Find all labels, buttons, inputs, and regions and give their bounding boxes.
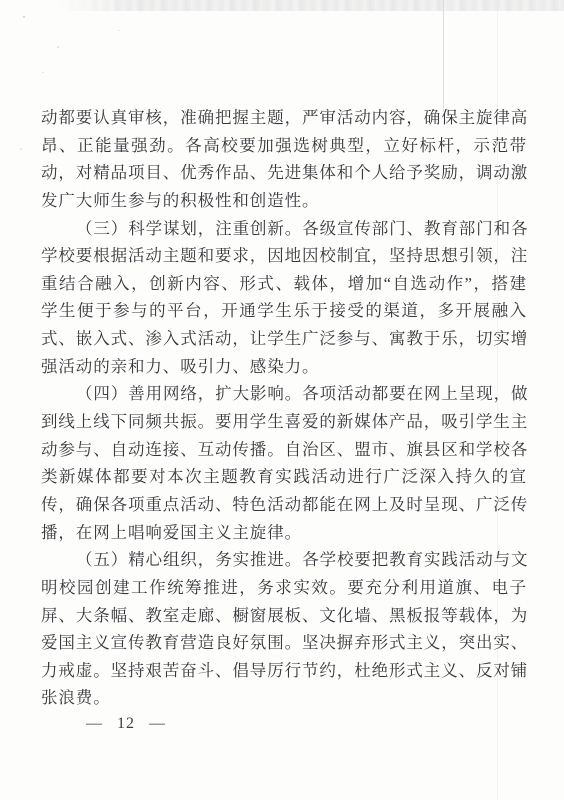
scan-speck bbox=[57, 46, 59, 48]
document-line: 类新媒体都要对本次主题教育实践活动进行广泛深入持久的宣 bbox=[41, 463, 527, 491]
document-line: 传，确保各项重点活动、特色活动都能在网上及时呈现、广泛传 bbox=[41, 491, 527, 519]
scan-speck bbox=[23, 16, 25, 18]
scan-edge-artifact bbox=[60, 0, 564, 11]
document-line: 播，在网上唱响爱国主义主旋律。 bbox=[41, 519, 527, 547]
document-line: 屏、大条幅、教室走廊、橱窗展板、文化墙、黑板报等载体，为 bbox=[41, 602, 527, 630]
scan-speck bbox=[42, 72, 44, 73]
document-line: 重结合融入，创新内容、形式、载体，增加“自选动作”，搭建 bbox=[41, 270, 527, 298]
document-body: 动都要认真审核，准确把握主题，严审活动内容，确保主旋律高 昂、正能量强劲。各高校… bbox=[41, 104, 527, 712]
scan-crease-line bbox=[443, 0, 444, 112]
document-line: 学校要根据活动主题和要求，因地因校制宜，坚持思想引领，注 bbox=[41, 242, 527, 270]
document-line-section-3: （三）科学谋划，注重创新。各级宣传部门、教育部门和各 bbox=[41, 215, 527, 243]
document-line: 动参与、自动连接、互动传播。自治区、盟市、旗县区和学校各 bbox=[41, 436, 527, 464]
document-line: 明校园创建工作统筹推进，务求实效。要充分利用道旗、电子 bbox=[41, 574, 527, 602]
document-line: 力戒虚。坚持艰苦奋斗、倡导厉行节约，杜绝形式主义、反对铺 bbox=[41, 657, 527, 685]
document-line: 动都要认真审核，准确把握主题，严审活动内容，确保主旋律高 bbox=[41, 104, 527, 132]
page-number: — 12 — bbox=[86, 710, 166, 737]
document-line: 昂、正能量强劲。各高校要加强选树典型，立好标杆，示范带 bbox=[41, 132, 527, 160]
document-line: 学生便于参与的平台，开通学生乐于接受的渠道，多开展融入 bbox=[41, 297, 527, 325]
document-line: 张浪费。 bbox=[41, 684, 527, 712]
document-line: 动，对精品项目、优秀作品、先进集体和个人给予奖励，调动激 bbox=[41, 159, 527, 187]
document-line-section-4: （四）善用网络，扩大影响。各项活动都要在网上呈现，做 bbox=[41, 380, 527, 408]
document-line: 式、嵌入式、渗入式活动，让学生广泛参与、寓教于乐，切实增 bbox=[41, 325, 527, 353]
document-line-section-5: （五）精心组织，务实推进。各学校要把教育实践活动与文 bbox=[41, 546, 527, 574]
scanned-document-page: 动都要认真审核，准确把握主题，严审活动内容，确保主旋律高 昂、正能量强劲。各高校… bbox=[0, 0, 564, 800]
scan-speck bbox=[20, 148, 22, 150]
document-line: 发广大师生参与的积极性和创造性。 bbox=[41, 187, 527, 215]
document-line: 到线上线下同频共振。要用学生喜爱的新媒体产品，吸引学生主 bbox=[41, 408, 527, 436]
scan-speck bbox=[118, 30, 120, 31]
document-line: 强活动的亲和力、吸引力、感染力。 bbox=[41, 353, 527, 381]
document-line: 爱国主义宣传教育营造良好氛围。坚决摒弃形式主义，突出实、 bbox=[41, 629, 527, 657]
